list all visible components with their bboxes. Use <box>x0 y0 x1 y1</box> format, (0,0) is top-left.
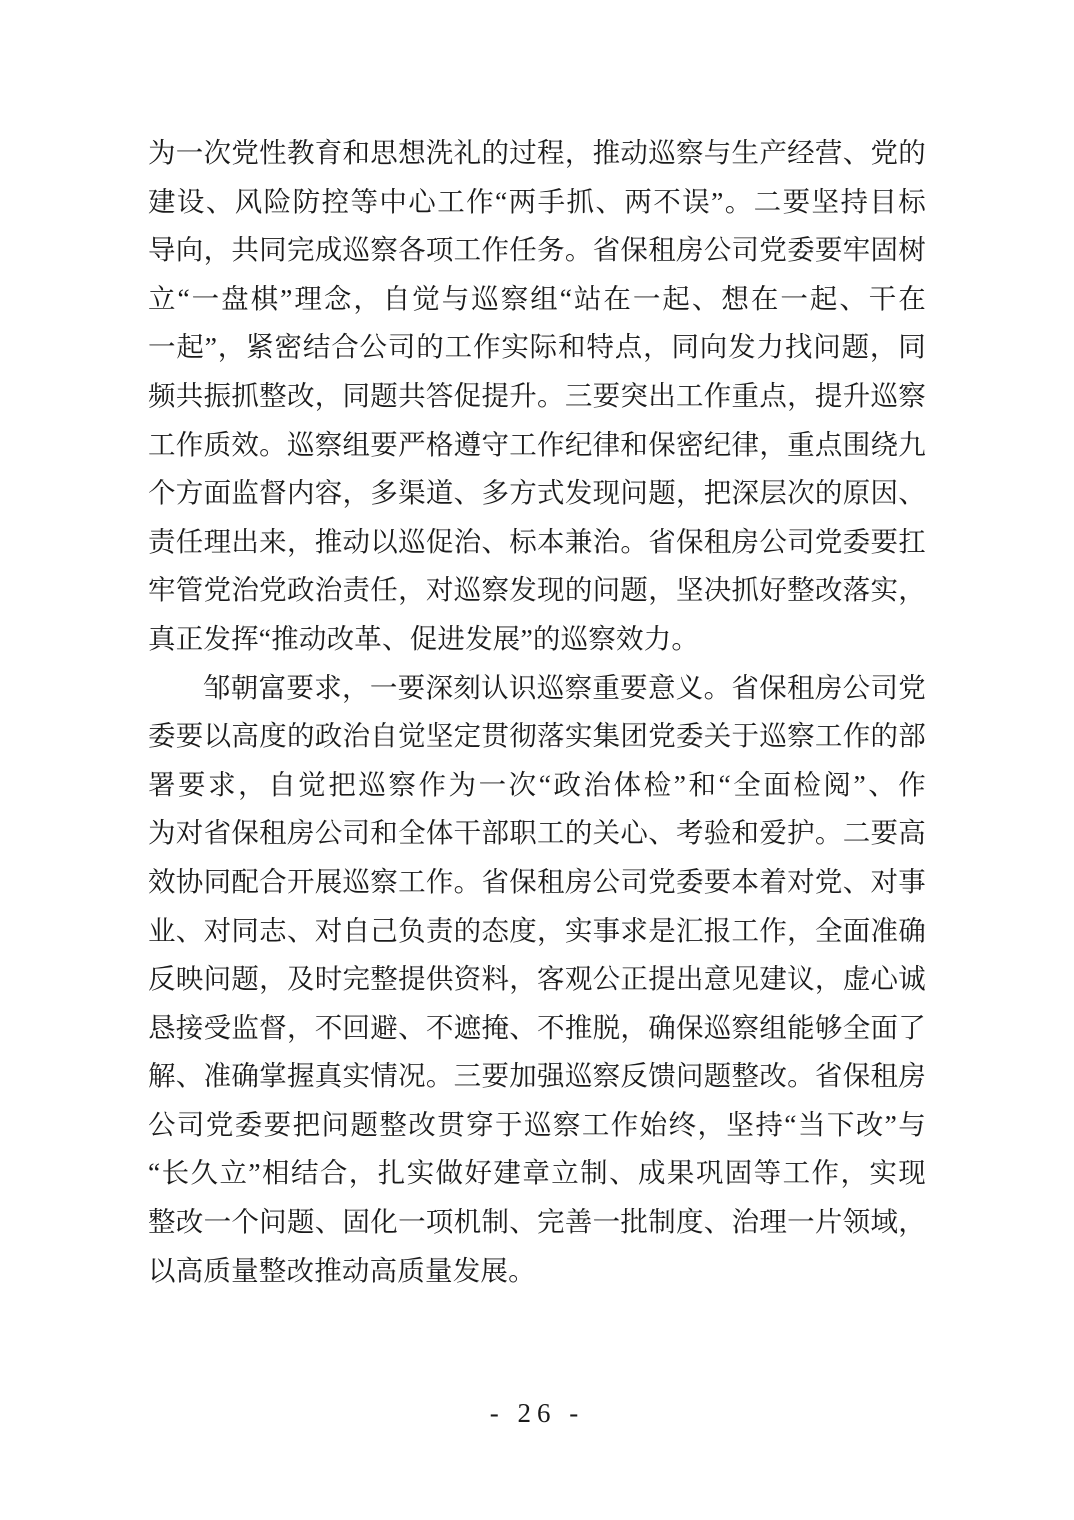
text-line: 一起”，紧密结合公司的工作实际和特点，同向发力找问题，同 <box>148 323 926 372</box>
text-line: 以高质量整改推动高质量发展。 <box>148 1247 926 1296</box>
page-number: - 26 - <box>0 1398 1074 1429</box>
text-line: 频共振抓整改，同题共答促提升。三要突出工作重点，提升巡察 <box>148 372 926 421</box>
text-line: 业、对同志、对自己负责的态度，实事求是汇报工作，全面准确 <box>148 907 926 956</box>
text-line: 反映问题，及时完整提供资料，客观公正提出意见建议，虚心诚 <box>148 955 926 1004</box>
text-line: 署要求，自觉把巡察作为一次“政治体检”和“全面检阅”、作 <box>148 761 926 810</box>
text-line: 工作质效。巡察组要严格遵守工作纪律和保密纪律，重点围绕九 <box>148 421 926 470</box>
text-line: 恳接受监督，不回避、不遮掩、不推脱，确保巡察组能够全面了 <box>148 1004 926 1053</box>
text-line: 真正发挥“推动改革、促进发展”的巡察效力。 <box>148 615 926 664</box>
text-line: 为对省保租房公司和全体干部职工的关心、考验和爱护。二要高 <box>148 809 926 858</box>
paragraph: 邹朝富要求，一要深刻认识巡察重要意义。省保租房公司党 委要以高度的政治自觉坚定贯… <box>148 664 926 1296</box>
text-line: 建设、风险防控等中心工作“两手抓、两不误”。二要坚持目标 <box>148 178 926 227</box>
text-line: “长久立”相结合，扎实做好建章立制、成果巩固等工作，实现 <box>148 1149 926 1198</box>
text-line: 效协同配合开展巡察工作。省保租房公司党委要本着对党、对事 <box>148 858 926 907</box>
text-line: 公司党委要把问题整改贯穿于巡察工作始终，坚持“当下改”与 <box>148 1101 926 1150</box>
text-line: 责任理出来，推动以巡促治、标本兼治。省保租房公司党委要扛 <box>148 518 926 567</box>
text-line: 立“一盘棋”理念，自觉与巡察组“站在一起、想在一起、干在 <box>148 275 926 324</box>
text-line: 整改一个问题、固化一项机制、完善一批制度、治理一片领域， <box>148 1198 926 1247</box>
paragraph: 为一次党性教育和思想洗礼的过程，推动巡察与生产经营、党的 建设、风险防控等中心工… <box>148 129 926 664</box>
text-line: 委要以高度的政治自觉坚定贯彻落实集团党委关于巡察工作的部 <box>148 712 926 761</box>
text-line: 个方面监督内容，多渠道、多方式发现问题，把深层次的原因、 <box>148 469 926 518</box>
text-line: 导向，共同完成巡察各项工作任务。省保租房公司党委要牢固树 <box>148 226 926 275</box>
body-text: 为一次党性教育和思想洗礼的过程，推动巡察与生产经营、党的 建设、风险防控等中心工… <box>148 129 926 1295</box>
document-page: 为一次党性教育和思想洗礼的过程，推动巡察与生产经营、党的 建设、风险防控等中心工… <box>0 0 1074 1520</box>
text-line: 为一次党性教育和思想洗礼的过程，推动巡察与生产经营、党的 <box>148 129 926 178</box>
text-line: 解、准确掌握真实情况。三要加强巡察反馈问题整改。省保租房 <box>148 1052 926 1101</box>
text-line: 邹朝富要求，一要深刻认识巡察重要意义。省保租房公司党 <box>148 664 926 713</box>
text-line: 牢管党治党政治责任，对巡察发现的问题，坚决抓好整改落实， <box>148 566 926 615</box>
